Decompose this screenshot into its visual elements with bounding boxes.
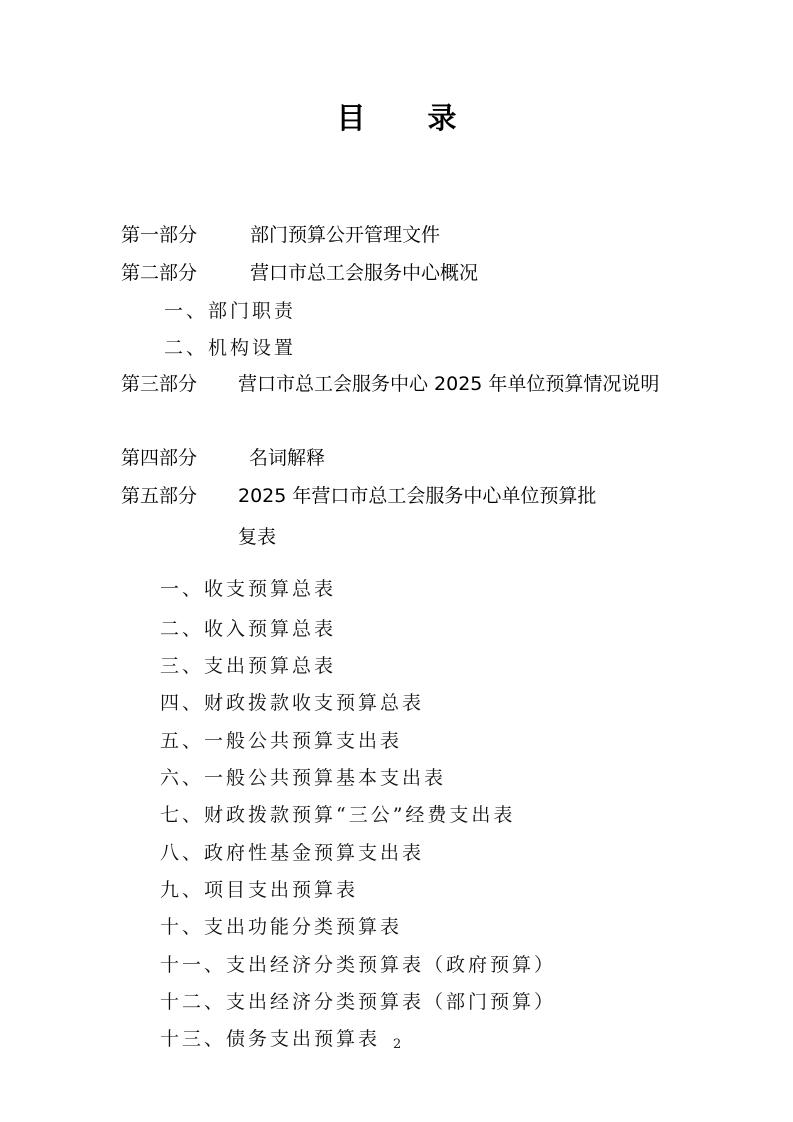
part-title: 2025 年营口市总工会服务中心单位预算批 bbox=[238, 481, 596, 508]
toc-subitem[interactable]: 二、收入预算总表 bbox=[160, 614, 336, 641]
part-label: 第四部分 bbox=[121, 443, 197, 470]
toc-part-4[interactable]: 第四部分 名词解释 bbox=[121, 443, 197, 470]
toc-subitem[interactable]: 八、政府性基金预算支出表 bbox=[160, 838, 424, 865]
toc-part-5[interactable]: 第五部分 2025 年营口市总工会服务中心单位预算批 bbox=[121, 481, 197, 508]
part-label: 第三部分 bbox=[121, 369, 197, 396]
toc-part-3[interactable]: 第三部分 营口市总工会服务中心 2025 年单位预算情况说明 bbox=[121, 369, 197, 396]
part-title: 名词解释 bbox=[249, 443, 325, 470]
title-char-1: 目 bbox=[336, 96, 365, 137]
part-label: 第五部分 bbox=[121, 481, 197, 508]
toc-part-1[interactable]: 第一部分 部门预算公开管理文件 bbox=[121, 220, 197, 247]
toc-subitem[interactable]: 九、项目支出预算表 bbox=[160, 875, 358, 902]
part-title: 营口市总工会服务中心 2025 年单位预算情况说明 bbox=[238, 369, 659, 396]
toc-subitem[interactable]: 十三、债务支出预算表 bbox=[160, 1024, 380, 1051]
toc-subitem[interactable]: 十二、支出经济分类预算表（部门预算） bbox=[160, 987, 556, 1014]
toc-subitem[interactable]: 六、一般公共预算基本支出表 bbox=[160, 763, 446, 790]
toc-subitem[interactable]: 十、支出功能分类预算表 bbox=[160, 912, 402, 939]
title-char-2: 录 bbox=[428, 96, 457, 137]
page-number: 2 bbox=[393, 1037, 401, 1052]
toc-subitem[interactable]: 七、财政拨款预算“三公”经费支出表 bbox=[160, 800, 515, 827]
toc-subitem[interactable]: 十一、支出经济分类预算表（政府预算） bbox=[160, 950, 556, 977]
toc-subitem[interactable]: 五、一般公共预算支出表 bbox=[160, 726, 402, 753]
toc-subitem[interactable]: 一、收支预算总表 bbox=[160, 574, 336, 601]
toc-subitem[interactable]: 四、财政拨款收支预算总表 bbox=[160, 688, 424, 715]
toc-subitem[interactable]: 三、支出预算总表 bbox=[160, 651, 336, 678]
part-title: 部门预算公开管理文件 bbox=[250, 220, 440, 247]
part-label: 第二部分 bbox=[121, 258, 197, 285]
part-label: 第一部分 bbox=[121, 220, 197, 247]
page-title: 目录 bbox=[0, 96, 793, 137]
toc-part-5-continuation: 复表 bbox=[238, 522, 276, 549]
toc-subitem[interactable]: 二、机构设置 bbox=[164, 333, 296, 360]
part-title: 营口市总工会服务中心概况 bbox=[250, 258, 478, 285]
toc-subitem[interactable]: 一、部门职责 bbox=[164, 296, 296, 323]
toc-part-2[interactable]: 第二部分 营口市总工会服务中心概况 bbox=[121, 258, 197, 285]
